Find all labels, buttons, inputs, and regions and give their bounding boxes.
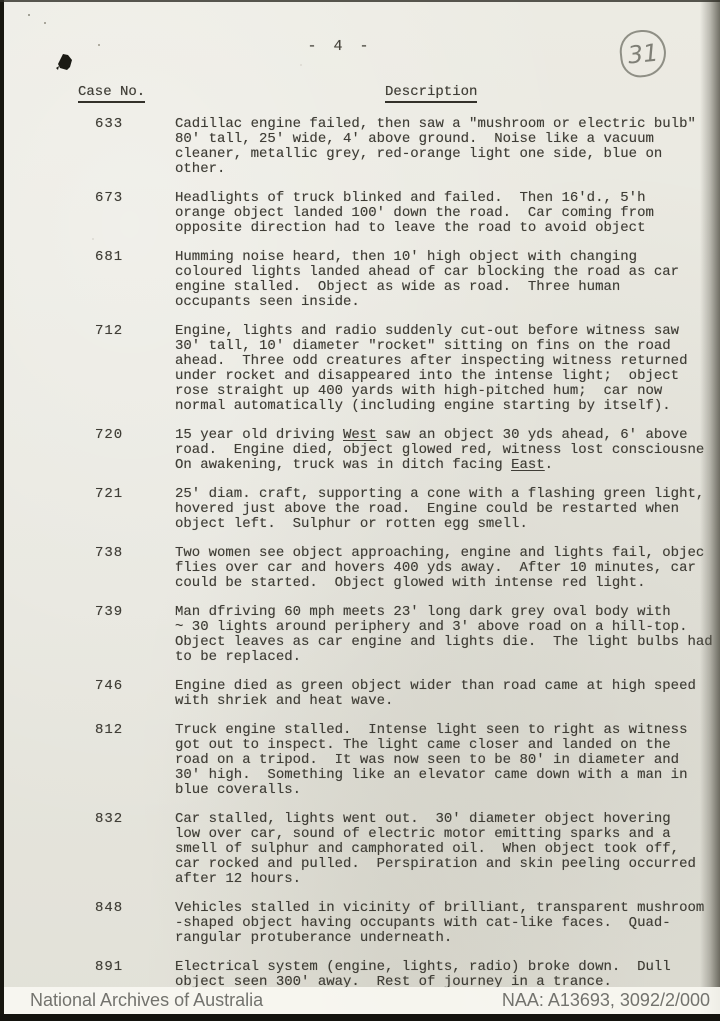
archive-reference: NAA: A13693, 3092/2/000 xyxy=(502,990,710,1011)
description-text: Man dfriving 60 mph meets 23' long dark … xyxy=(175,604,713,665)
underlined-word: East xyxy=(511,457,545,473)
column-header-case-no: Case No. xyxy=(78,84,145,103)
archive-watermark-bar: National Archives of Australia NAA: A136… xyxy=(0,987,720,1014)
table-row: 712 Engine, lights and radio suddenly cu… xyxy=(0,324,720,414)
description-text: Car stalled, lights went out. 30' diamet… xyxy=(175,811,696,887)
description-text: Truck engine stalled. Intense light seen… xyxy=(175,722,687,798)
table-row: 891 Electrical system (engine, lights, r… xyxy=(0,960,720,990)
table-row: 681 Humming noise heard, then 10' high o… xyxy=(0,250,720,310)
description-text: Electrical system (engine, lights, radio… xyxy=(175,959,671,990)
case-description: Headlights of truck blinked and failed. … xyxy=(175,191,720,236)
case-number: 746 xyxy=(95,679,123,694)
case-number: 832 xyxy=(95,812,123,827)
case-description: Cadillac engine failed, then saw a "mush… xyxy=(175,117,720,177)
case-number: 681 xyxy=(95,250,123,265)
table-row: 720 15 year old driving West saw an obje… xyxy=(0,428,720,473)
case-description: Electrical system (engine, lights, radio… xyxy=(175,960,720,990)
scan-edge-bottom xyxy=(0,1014,720,1021)
case-number: 633 xyxy=(95,117,123,132)
case-description: Engine died as green object wider than r… xyxy=(175,679,720,709)
table-row: 746 Engine died as green object wider th… xyxy=(0,679,720,709)
archive-name: National Archives of Australia xyxy=(30,990,263,1011)
description-text: Humming noise heard, then 10' high objec… xyxy=(175,249,679,310)
case-description: Vehicles stalled in vicinity of brillian… xyxy=(175,901,720,946)
case-number: 812 xyxy=(95,723,123,738)
table-row: 721 25' diam. craft, supporting a cone w… xyxy=(0,487,720,532)
case-number: 673 xyxy=(95,191,123,206)
underlined-word: West xyxy=(343,427,377,443)
scan-edge-top xyxy=(0,0,720,2)
table-row: 633 Cadillac engine failed, then saw a "… xyxy=(0,117,720,177)
case-description: Humming noise heard, then 10' high objec… xyxy=(175,250,720,310)
ink-blot xyxy=(55,51,77,73)
paper-speckles xyxy=(28,14,30,16)
handwritten-folio-number: 31 xyxy=(618,28,669,80)
folio-number-text: 31 xyxy=(627,40,660,67)
scan-edge-right xyxy=(700,0,720,1021)
table-row: 812 Truck engine stalled. Intense light … xyxy=(0,723,720,798)
description-text: Vehicles stalled in vicinity of brillian… xyxy=(175,900,704,946)
description-text: . xyxy=(545,457,553,473)
case-description: 15 year old driving West saw an object 3… xyxy=(175,428,720,473)
scan-edge-left xyxy=(0,0,4,1021)
case-description: Car stalled, lights went out. 30' diamet… xyxy=(175,812,720,887)
table-row: 848 Vehicles stalled in vicinity of bril… xyxy=(0,901,720,946)
case-list: 633 Cadillac engine failed, then saw a "… xyxy=(0,117,720,1004)
case-description: Engine, lights and radio suddenly cut-ou… xyxy=(175,324,720,414)
case-number: 848 xyxy=(95,901,123,916)
case-number: 739 xyxy=(95,605,123,620)
description-text: Two women see object approaching, engine… xyxy=(175,545,704,591)
case-description: Man dfriving 60 mph meets 23' long dark … xyxy=(175,605,720,665)
table-row: 673 Headlights of truck blinked and fail… xyxy=(0,191,720,236)
description-text: Headlights of truck blinked and failed. … xyxy=(175,190,654,236)
description-text: 25' diam. craft, supporting a cone with … xyxy=(175,486,704,532)
case-number: 891 xyxy=(95,960,123,975)
description-text: Engine died as green object wider than r… xyxy=(175,678,696,709)
case-description: Truck engine stalled. Intense light seen… xyxy=(175,723,720,798)
case-number: 712 xyxy=(95,324,123,339)
column-header-description: Description xyxy=(385,84,477,103)
description-text: Engine, lights and radio suddenly cut-ou… xyxy=(175,323,687,414)
scanned-document-page: - 4 - 31 Case No. Description 633 Cadill… xyxy=(0,0,720,1021)
table-row: 738 Two women see object approaching, en… xyxy=(0,546,720,591)
case-number: 738 xyxy=(95,546,123,561)
table-row: 739 Man dfriving 60 mph meets 23' long d… xyxy=(0,605,720,665)
case-number: 720 xyxy=(95,428,123,443)
case-description: 25' diam. craft, supporting a cone with … xyxy=(175,487,720,532)
page-number: - 4 - xyxy=(0,38,680,55)
description-text: Cadillac engine failed, then saw a "mush… xyxy=(175,116,696,177)
case-number: 721 xyxy=(95,487,123,502)
description-text: 15 year old driving xyxy=(175,427,343,443)
case-description: Two women see object approaching, engine… xyxy=(175,546,720,591)
table-row: 832 Car stalled, lights went out. 30' di… xyxy=(0,812,720,887)
